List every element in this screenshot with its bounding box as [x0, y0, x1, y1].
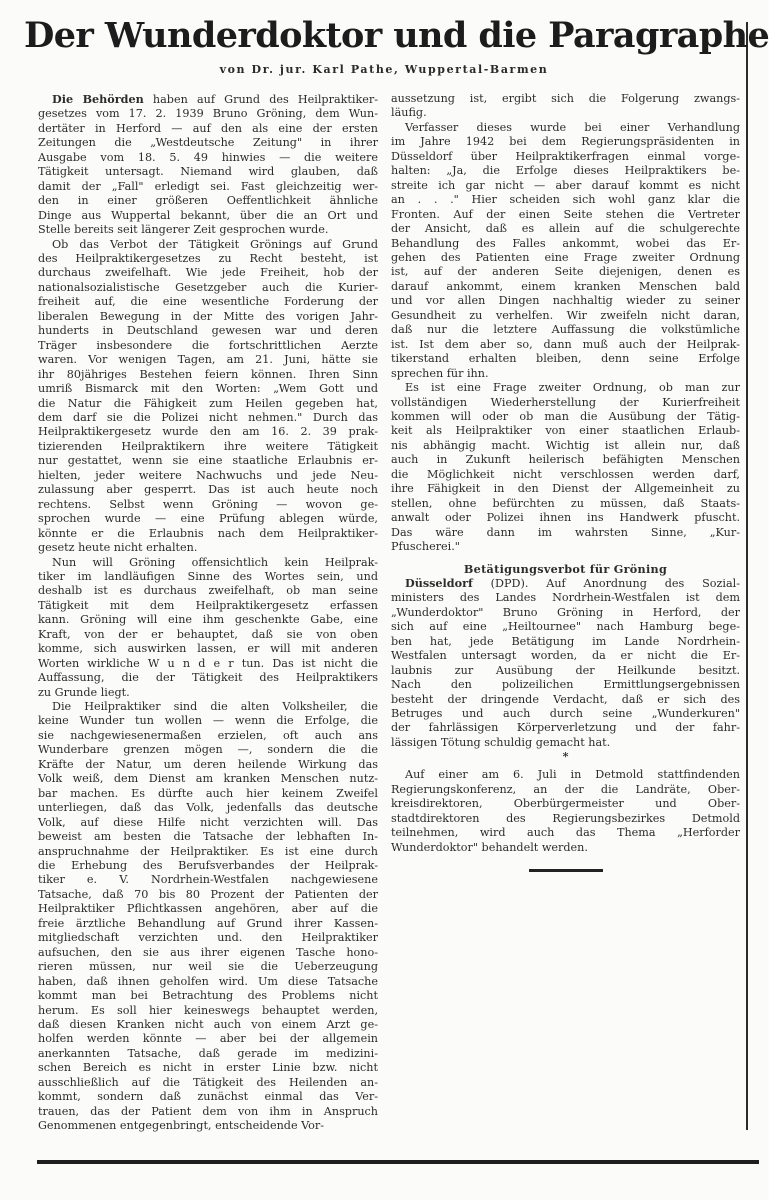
- text-line: Pfuscherei.": [391, 540, 740, 554]
- text-line: freie ärztliche Behandlung auf Grund ihr…: [38, 917, 378, 931]
- text-line: durchaus zweifelhaft. Wie jede Freiheit,…: [38, 266, 378, 280]
- text-line: haben, daß ihnen geholfen wird. Um diese…: [38, 975, 378, 989]
- text-line: tiker e. V. Nordrhein-Westfalen nachgewi…: [38, 873, 378, 887]
- article-byline: von Dr. jur. Karl Pathe, Wuppertal-Barme…: [24, 63, 744, 76]
- text-line: zulassung aber gesperrt. Das ist auch he…: [38, 483, 378, 497]
- text-line: Volk weiß, dem Dienst am kranken Mensche…: [38, 772, 378, 786]
- text-line: daß nur die letztere Auffassung die volk…: [391, 323, 740, 337]
- text-line: keit als Heilpraktiker von einer staatli…: [391, 424, 740, 438]
- text-line: Verfasser dieses wurde bei einer Verhand…: [391, 121, 740, 135]
- end-of-article-rule: [529, 869, 603, 872]
- text-line: kommen will oder ob man die Ausübung der…: [391, 410, 740, 424]
- text-line: stellen, ohne befürchten zu müssen, daß …: [391, 497, 740, 511]
- text-line: sprochen wurde — eine Prüfung ablegen wü…: [38, 512, 378, 526]
- text-line: Auffassung, die der Tätigkeit des Heilpr…: [38, 671, 378, 685]
- closing-paragraph: Auf einer am 6. Juli in Detmold stattfin…: [391, 768, 740, 855]
- text-line: rieren müssen, nur weil sie die Ueberzeu…: [38, 960, 378, 974]
- text-line: teilnehmen, wird auch das Thema „Herford…: [391, 826, 740, 840]
- text-line: Volk, auf diese Hilfe nicht verzichten w…: [38, 816, 378, 830]
- text-line: halten: „Ja, die Erfolge dieses Heilprak…: [391, 164, 740, 178]
- text-line: auch in Zukunft heilerisch befähigten Me…: [391, 453, 740, 467]
- article-title: Der Wunderdoktor und die Paragraphen: [24, 14, 744, 58]
- text-line: Ausgabe vom 18. 5. 49 hinwies — die weit…: [38, 151, 378, 165]
- text-line: Heilpraktikergesetz wurde den am 16. 2. …: [38, 425, 378, 439]
- text-line: Betruges und auch durch seine „Wunderkur…: [391, 707, 740, 721]
- text-line: Zeitungen die „Westdeutsche Zeitung" in …: [38, 136, 378, 150]
- text-line: rechtens. Selbst wenn Gröning — wovon ge…: [38, 498, 378, 512]
- right-column: aussetzung ist, ergibt sich die Folgerun…: [391, 92, 740, 872]
- text-line: Kräfte der Natur, um deren heilende Wirk…: [38, 758, 378, 772]
- text-line: Westfalen untersagt worden, da er nicht …: [391, 649, 740, 663]
- text-line: des Heilpraktikergesetzes zu Recht beste…: [38, 252, 378, 266]
- text-line: daß diesen Kranken nicht auch von einem …: [38, 1018, 378, 1032]
- text-line: Wunderdoktor" behandelt werden.: [391, 841, 740, 855]
- text-line: umriß Bismarck mit den Worten: „Wem Gott…: [38, 382, 378, 396]
- text-line: Heilpraktiker Pflichtkassen angehören, a…: [38, 902, 378, 916]
- text-line: Stelle bereits seit längerer Zeit gespro…: [38, 223, 378, 237]
- text-line: lässigen Tötung schuldig gemacht hat.: [391, 736, 740, 750]
- text-line: darauf ankommt, einem kranken Menschen b…: [391, 280, 740, 294]
- text-line: trauen, das der Patient dem von ihm in A…: [38, 1105, 378, 1119]
- paragraph: Verfasser dieses wurde bei einer Verhand…: [391, 121, 740, 381]
- paragraph: Nun will Gröning offensichtlich kein Hei…: [38, 556, 378, 701]
- text-line: läufig.: [391, 106, 740, 120]
- text-line: laubnis zur Ausübung der Heilkunde besit…: [391, 664, 740, 678]
- text-line: liberalen Bewegung in der Mitte des vori…: [38, 310, 378, 324]
- column-border-rule: [746, 22, 748, 1130]
- text-line: anspruchnahme der Heilpraktiker. Es ist …: [38, 845, 378, 859]
- text-line: den in einer größeren Oeffentlichkeit äh…: [38, 194, 378, 208]
- left-column: Die Behörden haben auf Grund des Heilpra…: [38, 92, 378, 1134]
- text-line: Die Behörden haben auf Grund des Heilpra…: [38, 92, 378, 107]
- text-line: ausschließlich auf die Tätigkeit des Hei…: [38, 1076, 378, 1090]
- text-line: tikerstand erhalten bleiben, denn seine …: [391, 352, 740, 366]
- text-line: stadtdirektoren des Regierungsbezirkes D…: [391, 812, 740, 826]
- text-line: nur gestattet, wenn sie eine staatliche …: [38, 454, 378, 468]
- text-line: nationalsozialistische Gesetzgeber auch …: [38, 281, 378, 295]
- text-line: dertäter in Herford — auf den als eine d…: [38, 122, 378, 136]
- text-line: Wunderbare grenzen mögen —, sondern die …: [38, 743, 378, 757]
- news-subheading: Betätigungsverbot für Gröning: [391, 562, 740, 576]
- news-dateline: Düsseldorf: [405, 576, 473, 590]
- text-line: aufsuchen, den sie aus ihrer eigenen Tas…: [38, 946, 378, 960]
- text-line: Träger insbesondere die fortschrittliche…: [38, 339, 378, 353]
- text-line: Regierungskonferenz, an der die Landräte…: [391, 783, 740, 797]
- text-line: kommt man bei Betrachtung des Problems n…: [38, 989, 378, 1003]
- text-line: ist. Ist dem aber so, dann muß auch der …: [391, 338, 740, 352]
- text-line: an . . ." Hier scheiden sich wohl ganz k…: [391, 193, 740, 207]
- text-line: deshalb ist es durchaus zweifelhaft, ob …: [38, 584, 378, 598]
- text-line: ministers des Landes Nordrhein-Westfalen…: [391, 591, 740, 605]
- text-line: vollständigen Wiederherstellung der Kuri…: [391, 396, 740, 410]
- text-line: Tätigkeit mit dem Heilpraktikergesetz er…: [38, 599, 378, 613]
- text-line: besteht der dringende Verdacht, daß er s…: [391, 693, 740, 707]
- text-line: tizierenden Heilpraktikern ihre weitere …: [38, 440, 378, 454]
- text-line: aussetzung ist, ergibt sich die Folgerun…: [391, 92, 740, 106]
- text-line: der Ansicht, daß es allein auf die schul…: [391, 222, 740, 236]
- text-line: zu Grunde liegt.: [38, 686, 378, 700]
- text-line: Auf einer am 6. Juli in Detmold stattfin…: [391, 768, 740, 782]
- text-line: anerkannten Tatsache, daß gerade im medi…: [38, 1047, 378, 1061]
- text-line: gehen des Patienten eine Frage zweiter O…: [391, 251, 740, 265]
- text-line: kreisdirektoren, Oberbürgermeister und O…: [391, 797, 740, 811]
- text-line: Fronten. Auf der einen Seite stehen die …: [391, 208, 740, 222]
- text-line: die Möglichkeit nicht verschlossen werde…: [391, 468, 740, 482]
- text-line: Nun will Gröning offensichtlich kein Hei…: [38, 556, 378, 570]
- text-line: Tätigkeit untersagt. Niemand wird glaube…: [38, 165, 378, 179]
- text-line: kommt, sondern daß zunächst einmal das V…: [38, 1090, 378, 1104]
- text-line: sich auf eine „Heiltournee" nach Hamburg…: [391, 620, 740, 634]
- text-line: beweist am besten die Tatsache der lebha…: [38, 830, 378, 844]
- text-line: nis abhängig macht. Wichtig ist allein n…: [391, 439, 740, 453]
- lead-in-text: Die Behörden: [52, 92, 144, 106]
- text-line: Es ist eine Frage zweiter Ordnung, ob ma…: [391, 381, 740, 395]
- text-line: Düsseldorf (DPD). Auf Anordnung des Sozi…: [391, 576, 740, 591]
- paragraph: aussetzung ist, ergibt sich die Folgerun…: [391, 92, 740, 121]
- text-line: hielten, jeder weitere Nachwuchs und jed…: [38, 469, 378, 483]
- paragraph: Ob das Verbot der Tätigkeit Grönings auf…: [38, 238, 378, 556]
- text-line: Das wäre dann im wahrsten Sinne, „Kur-: [391, 526, 740, 540]
- text-line: freiheit auf, die eine wesentliche Forde…: [38, 295, 378, 309]
- text-line: damit der „Fall" erledigt sei. Fast glei…: [38, 180, 378, 194]
- text-line: Tatsache, daß 70 bis 80 Prozent der Pati…: [38, 888, 378, 902]
- text-line: Behandlung des Falles ankommt, wobei das…: [391, 237, 740, 251]
- text-line: Ob das Verbot der Tätigkeit Grönings auf…: [38, 238, 378, 252]
- text-fragment: (DPD). Auf Anordnung des Sozial-: [473, 577, 740, 590]
- text-line: bar machen. Es dürfte auch hier keinem Z…: [38, 787, 378, 801]
- text-line: ihr 80jähriges Bestehen feiern können. I…: [38, 368, 378, 382]
- bottom-rule: [37, 1160, 759, 1164]
- text-line: sprechen für ihn.: [391, 367, 740, 381]
- text-line: und vor allen Dingen nachhaltig wieder z…: [391, 294, 740, 308]
- paragraph: Die Behörden haben auf Grund des Heilpra…: [38, 92, 378, 238]
- text-line: Die Heilpraktiker sind die alten Volkshe…: [38, 700, 378, 714]
- text-line: Kraft, von der er behauptet, daß sie von…: [38, 628, 378, 642]
- text-line: holfen werden könnte — aber bei der allg…: [38, 1032, 378, 1046]
- text-line: komme, sich auswirken lassen, er will mi…: [38, 642, 378, 656]
- news-paragraph: Düsseldorf (DPD). Auf Anordnung des Sozi…: [391, 576, 740, 750]
- text-line: Düsseldorf über Heilpraktikerfragen einm…: [391, 150, 740, 164]
- text-line: könnte er die Erlaubnis nach dem Heilpra…: [38, 527, 378, 541]
- text-line: unterliegen, daß das Volk, jedenfalls da…: [38, 801, 378, 815]
- text-line: Nach den polizeilichen Ermittlungsergebn…: [391, 678, 740, 692]
- text-line: die Erhebung des Berufsverbandes der Hei…: [38, 859, 378, 873]
- text-line: „Wunderdoktor" Bruno Gröning in Herford,…: [391, 606, 740, 620]
- paragraph: Es ist eine Frage zweiter Ordnung, ob ma…: [391, 381, 740, 554]
- text-line: die Natur die Fähigkeit zum Heilen gegeb…: [38, 397, 378, 411]
- text-line: streite ich gar nicht — aber darauf komm…: [391, 179, 740, 193]
- text-line: mitgliedschaft verzichten und. den Heilp…: [38, 931, 378, 945]
- text-line: hunderts in Deutschland gewesen war und …: [38, 324, 378, 338]
- text-line: kann. Gröning will eine ihm geschenkte G…: [38, 613, 378, 627]
- text-line: im Jahre 1942 bei dem Regierungspräsiden…: [391, 135, 740, 149]
- text-line: dem darf sie die Polizei nicht nehmen." …: [38, 411, 378, 425]
- text-line: ihre Fähigkeit in den Dienst der Allgeme…: [391, 482, 740, 496]
- text-line: anwalt oder Polizei ihnen ins Handwerk p…: [391, 511, 740, 525]
- text-line: schen Bereich es nicht in erster Linie b…: [38, 1061, 378, 1075]
- text-line: ist, auf der anderen Seite diejenigen, d…: [391, 265, 740, 279]
- text-line: tiker im landläufigen Sinne des Wortes s…: [38, 570, 378, 584]
- text-line: keine Wunder tun wollen — wenn die Erfol…: [38, 714, 378, 728]
- text-line: waren. Vor wenigen Tagen, am 21. Juni, h…: [38, 353, 378, 367]
- text-line: herum. Es soll hier keineswegs behauptet…: [38, 1004, 378, 1018]
- text-line: Worten wirkliche W u n d e r tun. Das is…: [38, 657, 378, 671]
- text-line: Dinge aus Wuppertal bekannt, über die an…: [38, 209, 378, 223]
- text-line: sie nachgewiesenermaßen erzielen, oft au…: [38, 729, 378, 743]
- text-line: gesetz heute nicht erhalten.: [38, 541, 378, 555]
- text-line: der fahrlässigen Körperverletzung und de…: [391, 721, 740, 735]
- text-line: Genommenen entgegenbringt, entscheidende…: [38, 1119, 378, 1133]
- text-line: Gesundheit zu verhelfen. Wir zweifeln ni…: [391, 309, 740, 323]
- text-line: ben hat, jede Betätigung im Lande Nordrh…: [391, 635, 740, 649]
- text-line: gesetzes vom 17. 2. 1939 Bruno Gröning, …: [38, 107, 378, 121]
- section-separator-asterisk: *: [391, 750, 740, 762]
- paragraph: Die Heilpraktiker sind die alten Volkshe…: [38, 700, 378, 1134]
